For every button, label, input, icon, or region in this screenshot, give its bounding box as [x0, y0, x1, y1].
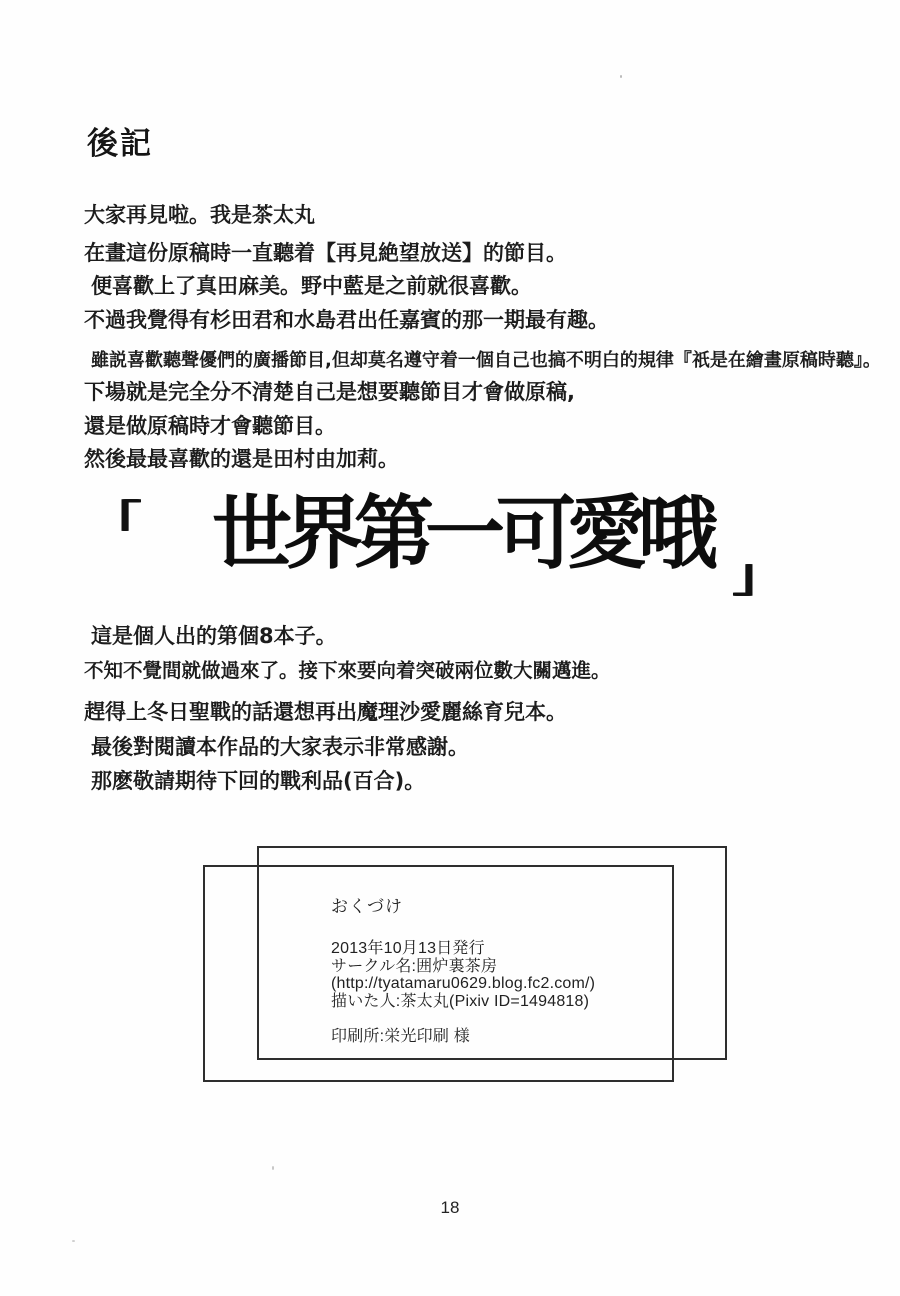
colophon: おくづけ 2013年10月13日発行 サークル名:囲炉裏茶房 (http://t… — [331, 892, 595, 1046]
colophon-heading: おくづけ — [331, 892, 595, 917]
page-number: 18 — [0, 1198, 900, 1218]
big-headline: 「「「「「 世界第一可愛哦 」」」」」 — [84, 494, 874, 606]
page-title: 後記 — [87, 118, 153, 163]
colophon-circle-name: サークル名:囲炉裏茶房 — [331, 958, 595, 976]
colophon-blog-url: (http://tyatamaru0629.blog.fc2.com/) — [331, 975, 595, 993]
afterword-line: 在畫這份原稿時一直聽着【再見絶望放送】的節目。 — [84, 241, 567, 265]
afterword-line: 下場就是完全分不清楚自己是想要聽節目才會做原稿, — [84, 380, 575, 404]
scan-speck — [272, 1166, 274, 1170]
scan-speck — [72, 1240, 75, 1242]
colophon-printer: 印刷所:栄光印刷 様 — [331, 1028, 595, 1046]
afterword-line: 那麽敬請期待下回的戰利品(百合)。 — [91, 769, 425, 793]
headline-close-brackets: 」」」」」 — [732, 552, 760, 598]
headline-open-brackets: 「「「「「 — [92, 500, 120, 546]
afterword-line: 最後對閱讀本作品的大家表示非常感謝。 — [91, 735, 469, 759]
afterword-line: 不過我覺得有杉田君和水島君出任嘉賓的那一期最有趣。 — [84, 308, 609, 332]
scan-speck — [620, 75, 622, 78]
scanned-afterword-page: 後記 大家再見啦。我是茶太丸 在畫這份原稿時一直聽着【再見絶望放送】的節目。 便… — [0, 0, 900, 1296]
afterword-line: 大家再見啦。我是茶太丸 — [84, 203, 315, 227]
afterword-line: 這是個人出的第個8本子。 — [91, 624, 337, 648]
afterword-line: 還是做原稿時才會聽節目。 — [84, 414, 336, 438]
afterword-line: 然後最最喜歡的還是田村由加莉。 — [84, 447, 399, 471]
afterword-line: 不知不覺間就做過來了。接下來要向着突破兩位數大關邁進。 — [84, 659, 611, 683]
headline-text: 世界第一可愛哦 — [212, 492, 709, 577]
afterword-line: 雖説喜歡聽聲優們的廣播節目,但却莫名遵守着一個自己也搞不明白的規律『祇是在繪畫原… — [91, 349, 881, 373]
afterword-line: 便喜歡上了真田麻美。野中藍是之前就很喜歡。 — [91, 274, 532, 298]
colophon-artist: 描いた人:茶太丸(Pixiv ID=1494818) — [331, 993, 595, 1011]
colophon-publish-date: 2013年10月13日発行 — [331, 940, 595, 958]
afterword-line: 趕得上冬日聖戰的話還想再出魔理沙愛麗絲育兒本。 — [84, 700, 567, 724]
